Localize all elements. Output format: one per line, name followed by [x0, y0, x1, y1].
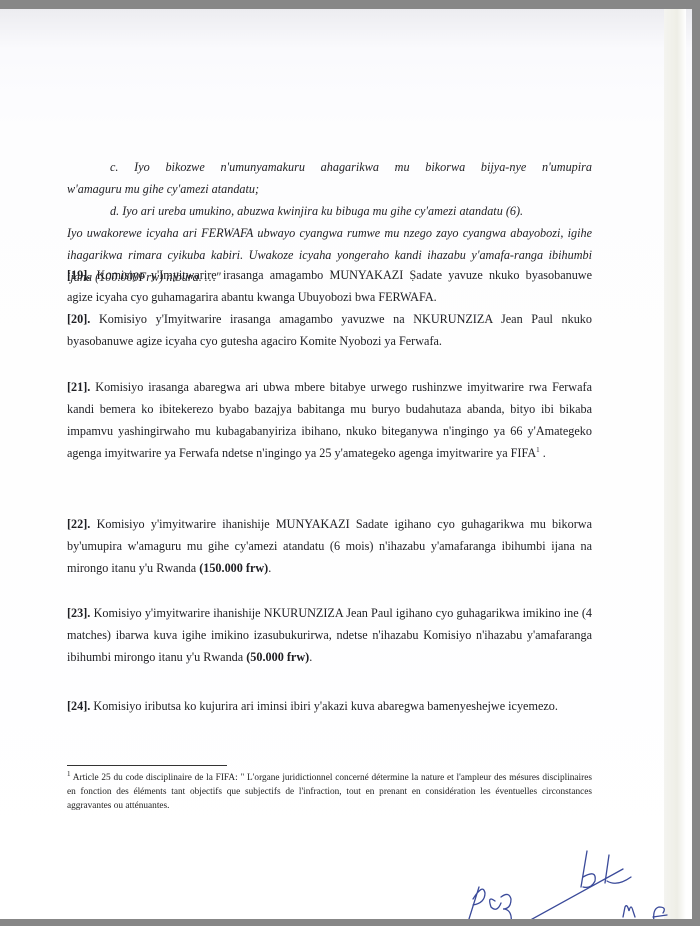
paragraph-text: Komisiyo y'imyitwarire ihanishije MUNYAK…	[67, 517, 592, 575]
paragraph-text: Komisiyo irasanga abaregwa ari ubwa mber…	[67, 380, 592, 460]
quote-item-d: d. Iyo ari ureba umukino, abuzwa kwinjir…	[67, 200, 592, 222]
paragraph-text: Komisiyo y'Imyitwarire irasanga amagambo…	[67, 312, 592, 348]
fine-amount: (150.000 frw)	[199, 561, 268, 575]
paragraph-number: [23].	[67, 606, 90, 620]
document-page: c. Iyo bikozwe n'umunyamakuru ahagarikwa…	[0, 9, 692, 919]
paragraph-text: Komisiyo y'Imyitwarire irasanga amagambo…	[67, 268, 592, 304]
footnote-text: Article 25 du code disciplinaire de la F…	[67, 773, 592, 811]
paragraph-number: [24].	[67, 699, 90, 713]
quote-item-c: c. Iyo bikozwe n'umunyamakuru ahagarikwa…	[67, 156, 592, 178]
page-edge-shadow	[664, 9, 686, 919]
paragraph-text: Komisiyo iributsa ko kujurira ari iminsi…	[90, 699, 558, 713]
paragraph-22: [22]. Komisiyo y'imyitwarire ihanishije …	[67, 513, 592, 579]
paragraph-23: [23]. Komisiyo y'imyitwarire ihanishije …	[67, 602, 592, 668]
handwritten-initials-icon	[455, 847, 675, 919]
paragraph-24: [24]. Komisiyo iributsa ko kujurira ari …	[67, 695, 592, 717]
paragraph-20: [20]. Komisiyo y'Imyitwarire irasanga am…	[67, 308, 592, 352]
paragraph-21: [21]. Komisiyo irasanga abaregwa ari ubw…	[67, 376, 592, 464]
paragraph-number: [21].	[67, 380, 90, 394]
quote-item-c-cont: w'amaguru mu gihe cy'amezi atandatu;	[67, 178, 592, 200]
paragraph-text: Komisiyo y'imyitwarire ihanishije NKURUN…	[67, 606, 592, 664]
footnote: 1 Article 25 du code disciplinaire de la…	[67, 771, 592, 813]
paragraph-number: [20].	[67, 312, 90, 326]
fine-amount: (50.000 frw)	[246, 650, 309, 664]
paragraph-19: [19]. Komisiyo y'Imyitwarire irasanga am…	[67, 264, 592, 308]
paragraph-number: [19].	[67, 268, 90, 282]
paragraph-number: [22].	[67, 517, 90, 531]
footnote-separator	[67, 765, 227, 766]
